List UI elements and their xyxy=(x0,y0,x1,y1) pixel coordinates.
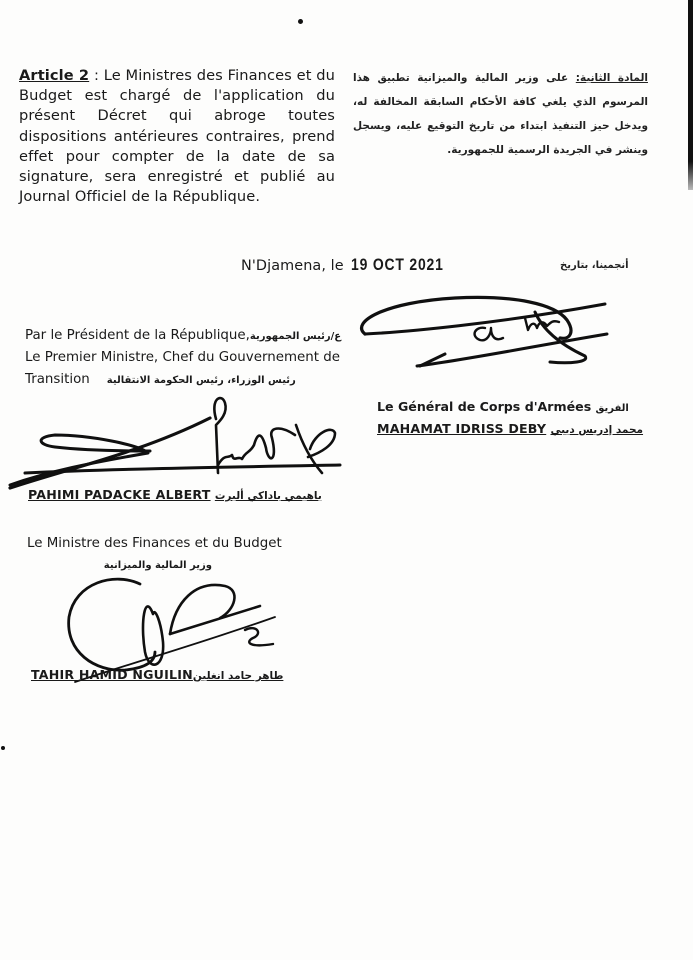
scan-speck-top xyxy=(298,19,303,24)
scan-edge-shadow xyxy=(688,0,693,190)
president-block: Le Général de Corps d'Armées الفريق MAHA… xyxy=(377,397,643,440)
prime-minister-name-fr: PAHIMI PADACKE ALBERT xyxy=(28,487,211,502)
prime-minister-name-ar: باهيمي باداكي ألبرت xyxy=(215,490,322,502)
date-stamp: 19 OCT 2021 xyxy=(351,255,444,275)
city-ar: أنجمينا، بتاريخ xyxy=(560,255,629,277)
finance-minister-title: Le Ministre des Finances et du Budget وز… xyxy=(27,533,282,577)
finance-minister-name-fr: TAHIR HAMID NGUILIN xyxy=(31,667,193,682)
article-text-ar: على وزير المالية والميزانية تطبيق هذا ال… xyxy=(353,72,648,156)
finance-minister-name: TAHIR HAMID NGUILINطاهر حامد انغلين xyxy=(31,664,283,687)
by-president-ar: ع/رئيس الجمهورية xyxy=(250,331,341,342)
by-president-line: Par le Président de la République,ع/رئيس… xyxy=(25,325,341,348)
article-text-fr: Le Ministres des Finances et du Budget e… xyxy=(19,67,335,205)
article-label: Article 2 xyxy=(19,67,89,84)
signature-prime-minister-icon xyxy=(10,393,340,493)
article-2-arabic: المادة الثانية: على وزير المالية والميزا… xyxy=(353,66,648,162)
scan-speck-left xyxy=(1,746,5,750)
signature-president-icon xyxy=(345,292,645,372)
president-title-ar: الفريق xyxy=(595,403,628,414)
article-2-french: Article 2 : Le Ministres des Finances et… xyxy=(19,66,335,207)
city-fr: N'Djamena, le xyxy=(241,258,344,274)
president-title-fr: Le Général de Corps d'Armées xyxy=(377,399,591,414)
president-name-ar: محمد إدريس ديبي xyxy=(550,424,643,436)
article-separator: : xyxy=(89,67,104,84)
prime-minister-title-fr-2: Transition xyxy=(25,372,90,387)
by-president-fr: Par le Président de la République, xyxy=(25,328,250,343)
prime-minister-title-fr-1: Le Premier Ministre, Chef du Gouvernemen… xyxy=(25,347,340,369)
president-name-fr: MAHAMAT IDRISS DEBY xyxy=(377,421,546,436)
prime-minister-name: PAHIMI PADACKE ALBERT باهيمي باداكي ألبر… xyxy=(28,484,322,507)
prime-minister-title-ar: رئيس الوزراء، رئيس الحكومة الانتقالية xyxy=(107,375,296,386)
article-label-ar: المادة الثانية: xyxy=(576,72,648,84)
finance-minister-name-ar: طاهر حامد انغلين xyxy=(193,670,284,682)
prime-minister-title: Le Premier Ministre, Chef du Gouvernemen… xyxy=(25,347,340,392)
place-date: N'Djamena, le 19 OCT 2021 xyxy=(241,255,464,276)
finance-minister-title-fr: Le Ministre des Finances et du Budget xyxy=(27,533,282,555)
